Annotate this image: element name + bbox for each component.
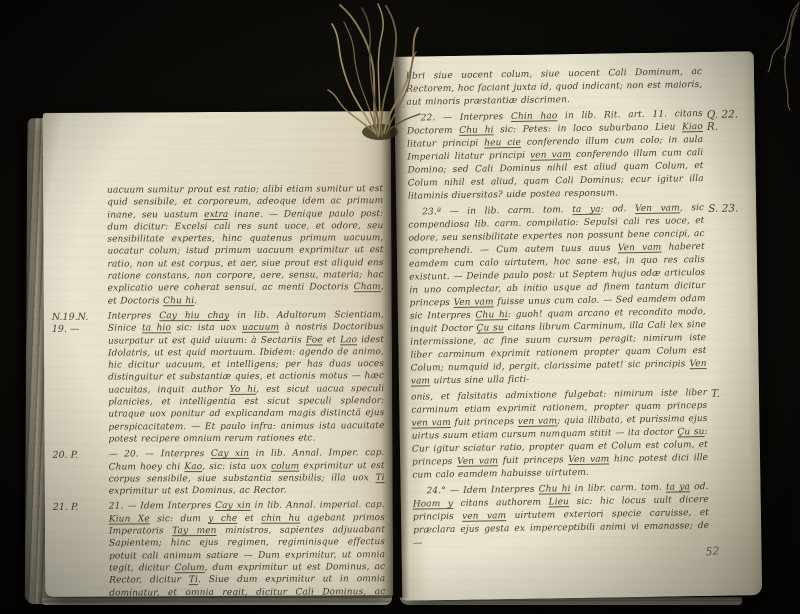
manuscript-paragraph: 20. P. — 20. — Interpres Cay xin in lib.… [52,447,384,498]
margin-note: S. 23. [704,201,754,215]
margin-note: 20. P. [52,449,108,462]
margin-note [702,65,752,67]
manuscript-paragraph: 21. P. 21. — Idem Interpres Cay xin in l… [53,500,386,597]
paragraph-text: uacuum sumitur prout est ratio; alibi et… [107,183,384,307]
paragraph-text: 24.° — Idem Interpres Chu hi in libr. ca… [412,481,709,551]
manuscript-paragraph: N.19.N. 19. — Interpres Cay hiu chay in … [52,309,385,446]
folio-number: 52 [705,544,720,558]
paragraph-text: 21. — Idem Interpres Cay xin in lib. Ann… [109,500,386,597]
paragraph-text: 23.ª — in lib. carm. tom. ta ya: od. Ven… [408,202,707,389]
left-page: uacuum sumitur prout est ratio; alibi et… [43,111,394,597]
loose-thread [760,0,800,112]
manuscript-paragraph: T. onis, et falsitatis admixtione fulgeb… [411,386,758,482]
manuscript-paragraph: S. 23. 23.ª — in lib. carm. tom. ta ya: … [408,201,757,388]
paragraph-text: onis, et falsitatis admixtione fulgebat:… [411,387,708,483]
manuscript-paragraph: 24.° — Idem Interpres Chu hi in libr. ca… [412,480,759,550]
margin-note [708,480,758,482]
paragraph-text: — 20. — Interpres Cay xin in lib. Annal.… [108,447,384,498]
manuscript-photo: uacuum sumitur prout est ratio; alibi et… [0,0,800,614]
binding-threads [298,0,458,140]
margin-note [51,185,107,186]
margin-note: Q. 22. R. [703,107,753,133]
margin-note: N.19.N. 19. — [52,311,108,336]
manuscript-paragraph: uacuum sumitur prout est ratio; alibi et… [51,183,384,308]
paragraph-text: Interpres Cay hiu chay in lib. Adultorum… [108,309,385,446]
margin-note: T. [707,386,757,400]
left-page-text-block: uacuum sumitur prout est ratio; alibi et… [43,111,394,597]
margin-note: 21. P. [53,501,109,514]
manuscript-paragraph: Q. 22. R. 22. — Interpres Chin hao in li… [407,107,754,203]
